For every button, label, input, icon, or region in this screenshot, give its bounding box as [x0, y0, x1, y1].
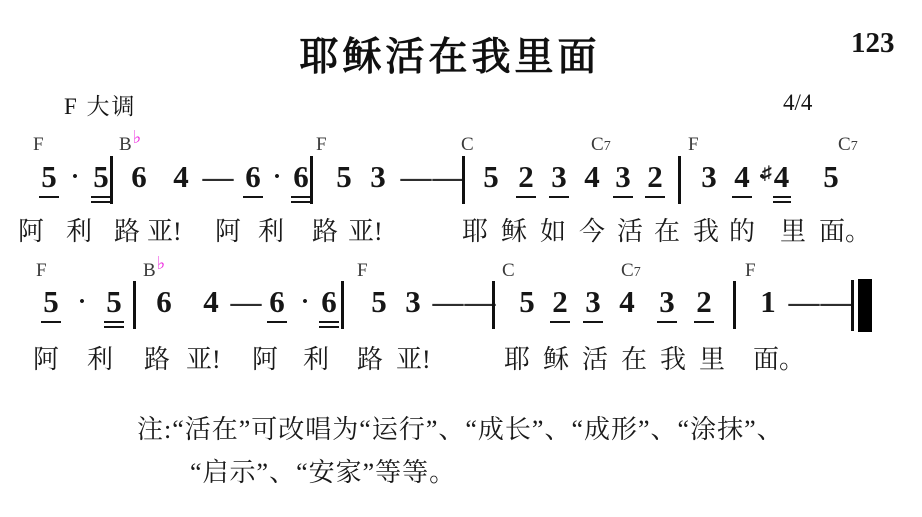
lyric: 活 — [582, 339, 608, 376]
lyric: 阿 — [252, 339, 278, 376]
lyric: 面。 — [819, 211, 871, 248]
lyric: 利 — [66, 211, 92, 248]
chord-root: F — [357, 260, 368, 281]
note: 3 — [698, 160, 720, 194]
lyric: 阿 — [33, 339, 59, 376]
lyric: 稣 — [543, 339, 569, 376]
lyric: 亚! — [348, 211, 383, 248]
note: 5 — [820, 160, 842, 194]
note: 2 — [515, 160, 537, 194]
lyric: 里 — [699, 339, 725, 376]
note: 5 — [103, 285, 125, 319]
note-with-accidental: ♯4 — [762, 160, 802, 199]
barline — [462, 156, 465, 204]
time-signature: 4/4 — [783, 90, 812, 116]
chord-root: C — [838, 134, 851, 155]
note: 6 — [153, 285, 175, 319]
chord-root: C — [621, 260, 634, 281]
note: 2 — [644, 160, 666, 194]
note: 3 — [548, 160, 570, 194]
chord-label: C7 — [838, 134, 858, 156]
chord-root: F — [745, 260, 756, 281]
note: 5 — [368, 285, 390, 319]
lyric: 利 — [258, 211, 284, 248]
lyric: 亚! — [147, 211, 182, 248]
chord-root: F — [36, 260, 47, 281]
lyric: 路 — [312, 211, 338, 248]
lyric: 路 — [114, 211, 140, 248]
lyric: 在 — [654, 211, 680, 248]
note: 3 — [367, 160, 389, 194]
lyric: 阿 — [215, 211, 241, 248]
note: 3 — [582, 285, 604, 319]
lyric: 的 — [729, 211, 755, 248]
note: 5 — [516, 285, 538, 319]
chord-label: C7 — [621, 260, 641, 282]
note: 6 — [318, 285, 340, 319]
chord-root: C — [591, 134, 604, 155]
chord-label: C7 — [591, 134, 611, 156]
chord-label: F — [36, 260, 47, 282]
duration-dash: — — [200, 160, 236, 194]
augmentation-dot: • — [266, 160, 288, 194]
note: 1 — [757, 285, 779, 319]
note: 2 — [693, 285, 715, 319]
note: 4 — [581, 160, 603, 194]
flat-icon: ♭ — [157, 253, 166, 273]
lyric: 面。 — [753, 339, 805, 376]
chord-label: C — [461, 134, 474, 156]
chord-label: F — [357, 260, 368, 282]
lyric: 亚! — [186, 339, 221, 376]
sheet-music-page: 123 耶稣活在我里面 F 大调 4/4 F B♭ F C C7 F C7 5 … — [0, 0, 922, 517]
lyric: 路 — [144, 339, 170, 376]
lyric: 耶 — [504, 339, 530, 376]
lyric: 在 — [621, 339, 647, 376]
note: 4 — [170, 160, 192, 194]
note: 5 — [40, 285, 62, 319]
barline — [310, 156, 313, 204]
chord-label: C — [502, 260, 515, 282]
note: 5 — [38, 160, 60, 194]
note: 5 — [90, 160, 112, 194]
chord-label: F — [745, 260, 756, 282]
barline — [133, 281, 136, 329]
chord-label: F — [688, 134, 699, 156]
note: 6 — [242, 160, 264, 194]
key-signature: F 大调 — [64, 88, 137, 121]
note: 4 — [731, 160, 753, 194]
note: 5 — [333, 160, 355, 194]
final-barline-thick — [858, 279, 872, 332]
note: 4 — [772, 160, 792, 194]
barline — [341, 281, 344, 329]
duration-dash: — — [786, 285, 822, 319]
lyric: 稣 — [501, 211, 527, 248]
duration-dash: — — [430, 285, 466, 319]
chord-root: C — [502, 260, 515, 281]
chord-root: F — [33, 134, 44, 155]
lyric: 今 — [579, 211, 605, 248]
augmentation-dot: • — [64, 160, 86, 194]
note: 6 — [266, 285, 288, 319]
lyric: 阿 — [18, 211, 44, 248]
duration-dash: — — [818, 285, 854, 319]
augmentation-dot: • — [294, 285, 316, 319]
lyric: 亚! — [396, 339, 431, 376]
lyric: 利 — [87, 339, 113, 376]
note: 4 — [200, 285, 222, 319]
chord-root: B — [143, 260, 156, 281]
footnote-line-1: 注:“活在”可改唱为“运行”、“成长”、“成形”、“涂抹”、 — [137, 409, 784, 446]
barline — [733, 281, 736, 329]
chord-extension: 7 — [851, 139, 858, 154]
chord-label: B♭ — [143, 260, 165, 282]
chord-root: F — [688, 134, 699, 155]
chord-label: F — [316, 134, 327, 156]
chord-label: B♭ — [119, 134, 141, 156]
lyric: 我 — [693, 211, 719, 248]
lyric: 活 — [617, 211, 643, 248]
note: 4 — [616, 285, 638, 319]
duration-dash: — — [228, 285, 264, 319]
final-barline-thin — [851, 280, 854, 331]
footnote-line-2: “启示”、“安家”等等。 — [190, 452, 456, 489]
lyric: 耶 — [462, 211, 488, 248]
chord-root: F — [316, 134, 327, 155]
chord-extension: 7 — [634, 265, 641, 280]
duration-dash: — — [430, 160, 466, 194]
duration-dash: — — [398, 160, 434, 194]
lyric: 路 — [357, 339, 383, 376]
song-title: 耶稣活在我里面 — [0, 26, 900, 82]
flat-icon: ♭ — [133, 127, 142, 147]
lyric: 利 — [303, 339, 329, 376]
note: 6 — [128, 160, 150, 194]
augmentation-dot: • — [71, 285, 93, 319]
chord-root: B — [119, 134, 132, 155]
barline — [110, 156, 113, 204]
barline — [492, 281, 495, 329]
note: 3 — [402, 285, 424, 319]
note: 6 — [290, 160, 312, 194]
note: 2 — [549, 285, 571, 319]
chord-extension: 7 — [604, 139, 611, 154]
chord-label: F — [33, 134, 44, 156]
barline — [678, 156, 681, 204]
sharp-icon: ♯ — [762, 163, 772, 184]
note: 5 — [480, 160, 502, 194]
lyric: 里 — [780, 211, 806, 248]
lyric: 我 — [660, 339, 686, 376]
note: 3 — [656, 285, 678, 319]
lyric: 如 — [540, 211, 566, 248]
chord-root: C — [461, 134, 474, 155]
note: 3 — [612, 160, 634, 194]
